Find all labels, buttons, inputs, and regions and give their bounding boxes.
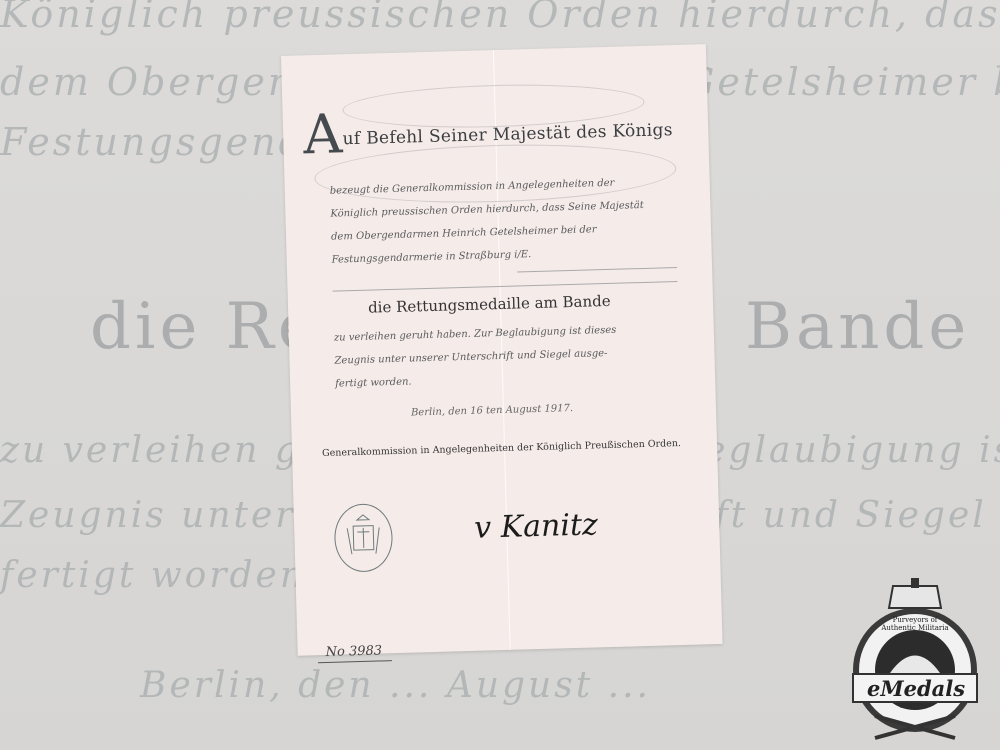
closing-text: zu verleihen geruht haben. Zur Beglaubig… — [334, 317, 676, 395]
fill-rule — [517, 267, 677, 272]
place-date: Berlin, den 16 ten August 1917. — [411, 403, 573, 419]
logo-motto: Purveyors of Authentic Militaria — [875, 616, 955, 632]
certificate-document: Auf Befehl Seiner Majestät des Königs be… — [281, 44, 723, 656]
emedals-logo: eMedals Purveyors of Authentic Militaria… — [845, 578, 985, 743]
bg-large-text-right: Bande — [745, 290, 970, 364]
issuing-body: Generalkommission in Angelegenheiten der… — [322, 438, 681, 459]
heading-text: uf Befehl Seiner Majestät des Königs — [342, 120, 673, 149]
award-title: die Rettungsmedaille am Bande — [368, 292, 611, 317]
heading-initial: A — [302, 102, 343, 166]
bg-text-line: fertigt worden. — [0, 555, 320, 596]
signature: v Kanitz — [474, 507, 598, 545]
bg-text-line: Königlich preussischen Orden hierdurch, … — [0, 0, 1000, 36]
certificate-number: No 3983 — [317, 643, 392, 663]
body-text: bezeugt die Generalkommission in Angeleg… — [329, 170, 671, 271]
bg-text-line: Berlin, den ... August ... — [140, 665, 651, 706]
fill-rule — [333, 281, 678, 292]
logo-est: Est. 1987 — [900, 704, 924, 710]
coat-of-arms-seal-icon — [334, 503, 394, 573]
logo-brand: eMedals — [867, 676, 965, 701]
